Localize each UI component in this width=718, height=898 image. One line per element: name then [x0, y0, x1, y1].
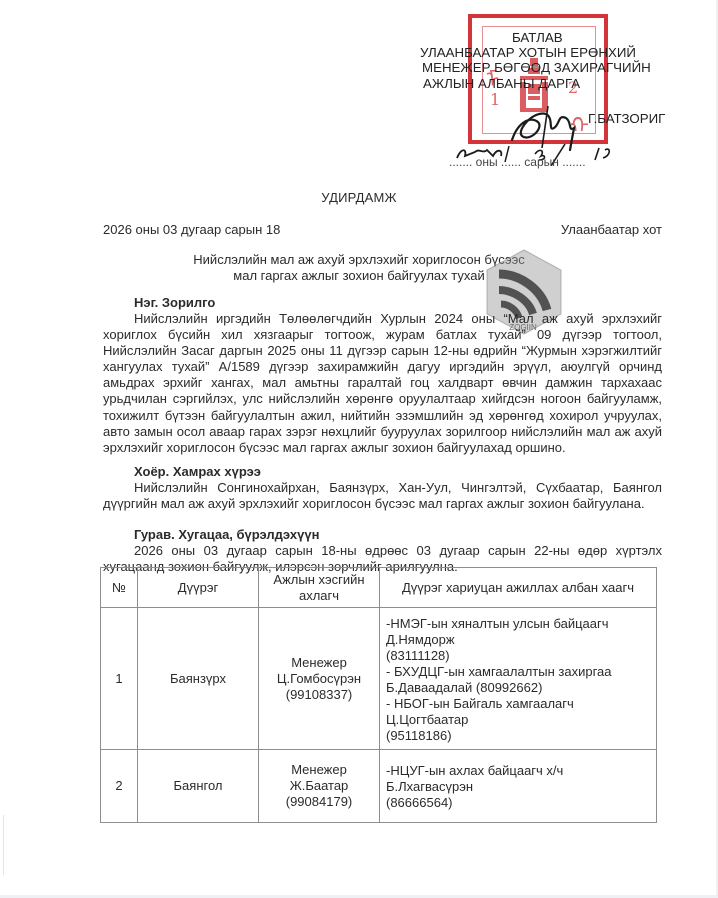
document-page: ᠮ 1 2 ᠬ БАТЛАВ УЛААНБААТАР ХОТЫН ЕРӨНХИЙ… — [0, 0, 718, 898]
approval-label: БАТЛАВ — [512, 30, 563, 46]
header-responsible-officers: Дүүрэг хариуцан ажиллах албан хаагч — [380, 568, 657, 608]
subject-line-2: мал гаргах ажлыг зохион байгуулах тухай — [0, 268, 718, 284]
leader-phone: (99108337) — [263, 687, 375, 703]
cell-number: 1 — [101, 608, 138, 750]
cell-district: Баянгол — [138, 750, 259, 823]
cell-district: Баянзүрх — [138, 608, 259, 750]
leader-phone: (99084179) — [263, 794, 375, 810]
approval-position-line-3: АЖЛЫН АЛБАНЫ ДАРГА — [423, 76, 580, 92]
officer-line: (95118186) — [386, 728, 651, 744]
district-assignment-table: № Дүүрэг Ажлын хэсгийн ахлагч Дүүрэг хар… — [100, 567, 657, 823]
document-date: 2026 оны 03 дугаар сарын 18 — [103, 222, 280, 237]
cell-officers: -НМЭГ-ын хяналтын улсын байцаагч Д.Нямдо… — [380, 608, 657, 750]
document-place: Улаанбаатар хот — [561, 222, 662, 237]
cell-officers: -НЦУГ-ын ахлах байцаагч х/ч Б.Лхагвасүрэ… — [380, 750, 657, 823]
cell-team-leader: Менежер Ж.Баатар (99084179) — [259, 750, 380, 823]
subject-line-1: Нийслэлийн мал аж ахуй эрхлэхийг хоригло… — [0, 252, 718, 268]
cell-number: 2 — [101, 750, 138, 823]
approval-signatory: Г.БАТЗОРИГ — [588, 111, 665, 127]
approval-date-template: ....... оны ...... сарын ....... — [449, 154, 586, 170]
officer-line: - БХУДЦГ-ын хамгаалалтын захиргаа — [386, 664, 651, 680]
document-subject: Нийслэлийн мал аж ахуй эрхлэхийг хоригло… — [0, 252, 718, 284]
document-title: УДИРДАМЖ — [0, 190, 718, 205]
section-heading-2: Хоёр. Хамрах хүрээ — [134, 464, 261, 479]
officer-line: -НМЭГ-ын хяналтын улсын байцаагч — [386, 616, 651, 632]
table-header-row: № Дүүрэг Ажлын хэсгийн ахлагч Дүүрэг хар… — [101, 568, 657, 608]
header-team-leader: Ажлын хэсгийн ахлагч — [259, 568, 380, 608]
cell-team-leader: Менежер Ц.Гомбосүрэн (99108337) — [259, 608, 380, 750]
section-body-1: Нийслэлийн иргэдийн Төлөөлөгчдийн Хурлын… — [103, 311, 662, 456]
mongolian-script-glyph: 1 — [490, 90, 500, 109]
section-heading-1: Нэг. Зорилго — [134, 295, 215, 310]
scan-edge-mark — [3, 815, 4, 875]
officer-line: (83111128) — [386, 648, 651, 664]
leader-name: Ж.Баатар — [263, 778, 375, 794]
section-body-2: Нийслэлийн Сонгинохайрхан, Баянзүрх, Хан… — [103, 480, 662, 512]
officer-line: Б.Даваадалай (80992662) — [386, 680, 651, 696]
header-number: № — [101, 568, 138, 608]
officer-line: - НБОГ-ын Байгаль хамгаалагч Ц.Цогтбаата… — [386, 696, 651, 728]
approval-position-line-1: УЛААНБААТАР ХОТЫН ЕРӨНХИЙ — [420, 45, 636, 61]
officer-line: -НЦУГ-ын ахлах байцаагч х/ч Б.Лхагвасүрэ… — [386, 763, 651, 795]
officer-line: Д.Нямдорж — [386, 632, 651, 648]
officer-line: (86666564) — [386, 795, 651, 811]
leader-title: Менежер — [263, 655, 375, 671]
header-district: Дүүрэг — [138, 568, 259, 608]
approval-position-line-2: МЕНЕЖЕР БӨГӨӨД ЗАХИРАГЧИЙН — [422, 60, 651, 76]
table-row: 2 Баянгол Менежер Ж.Баатар (99084179) -Н… — [101, 750, 657, 823]
table-row: 1 Баянзүрх Менежер Ц.Гомбосүрэн (9910833… — [101, 608, 657, 750]
section-heading-3: Гурав. Хугацаа, бүрэлдэхүүн — [134, 527, 319, 542]
leader-title: Менежер — [263, 762, 375, 778]
leader-name: Ц.Гомбосүрэн — [263, 671, 375, 687]
